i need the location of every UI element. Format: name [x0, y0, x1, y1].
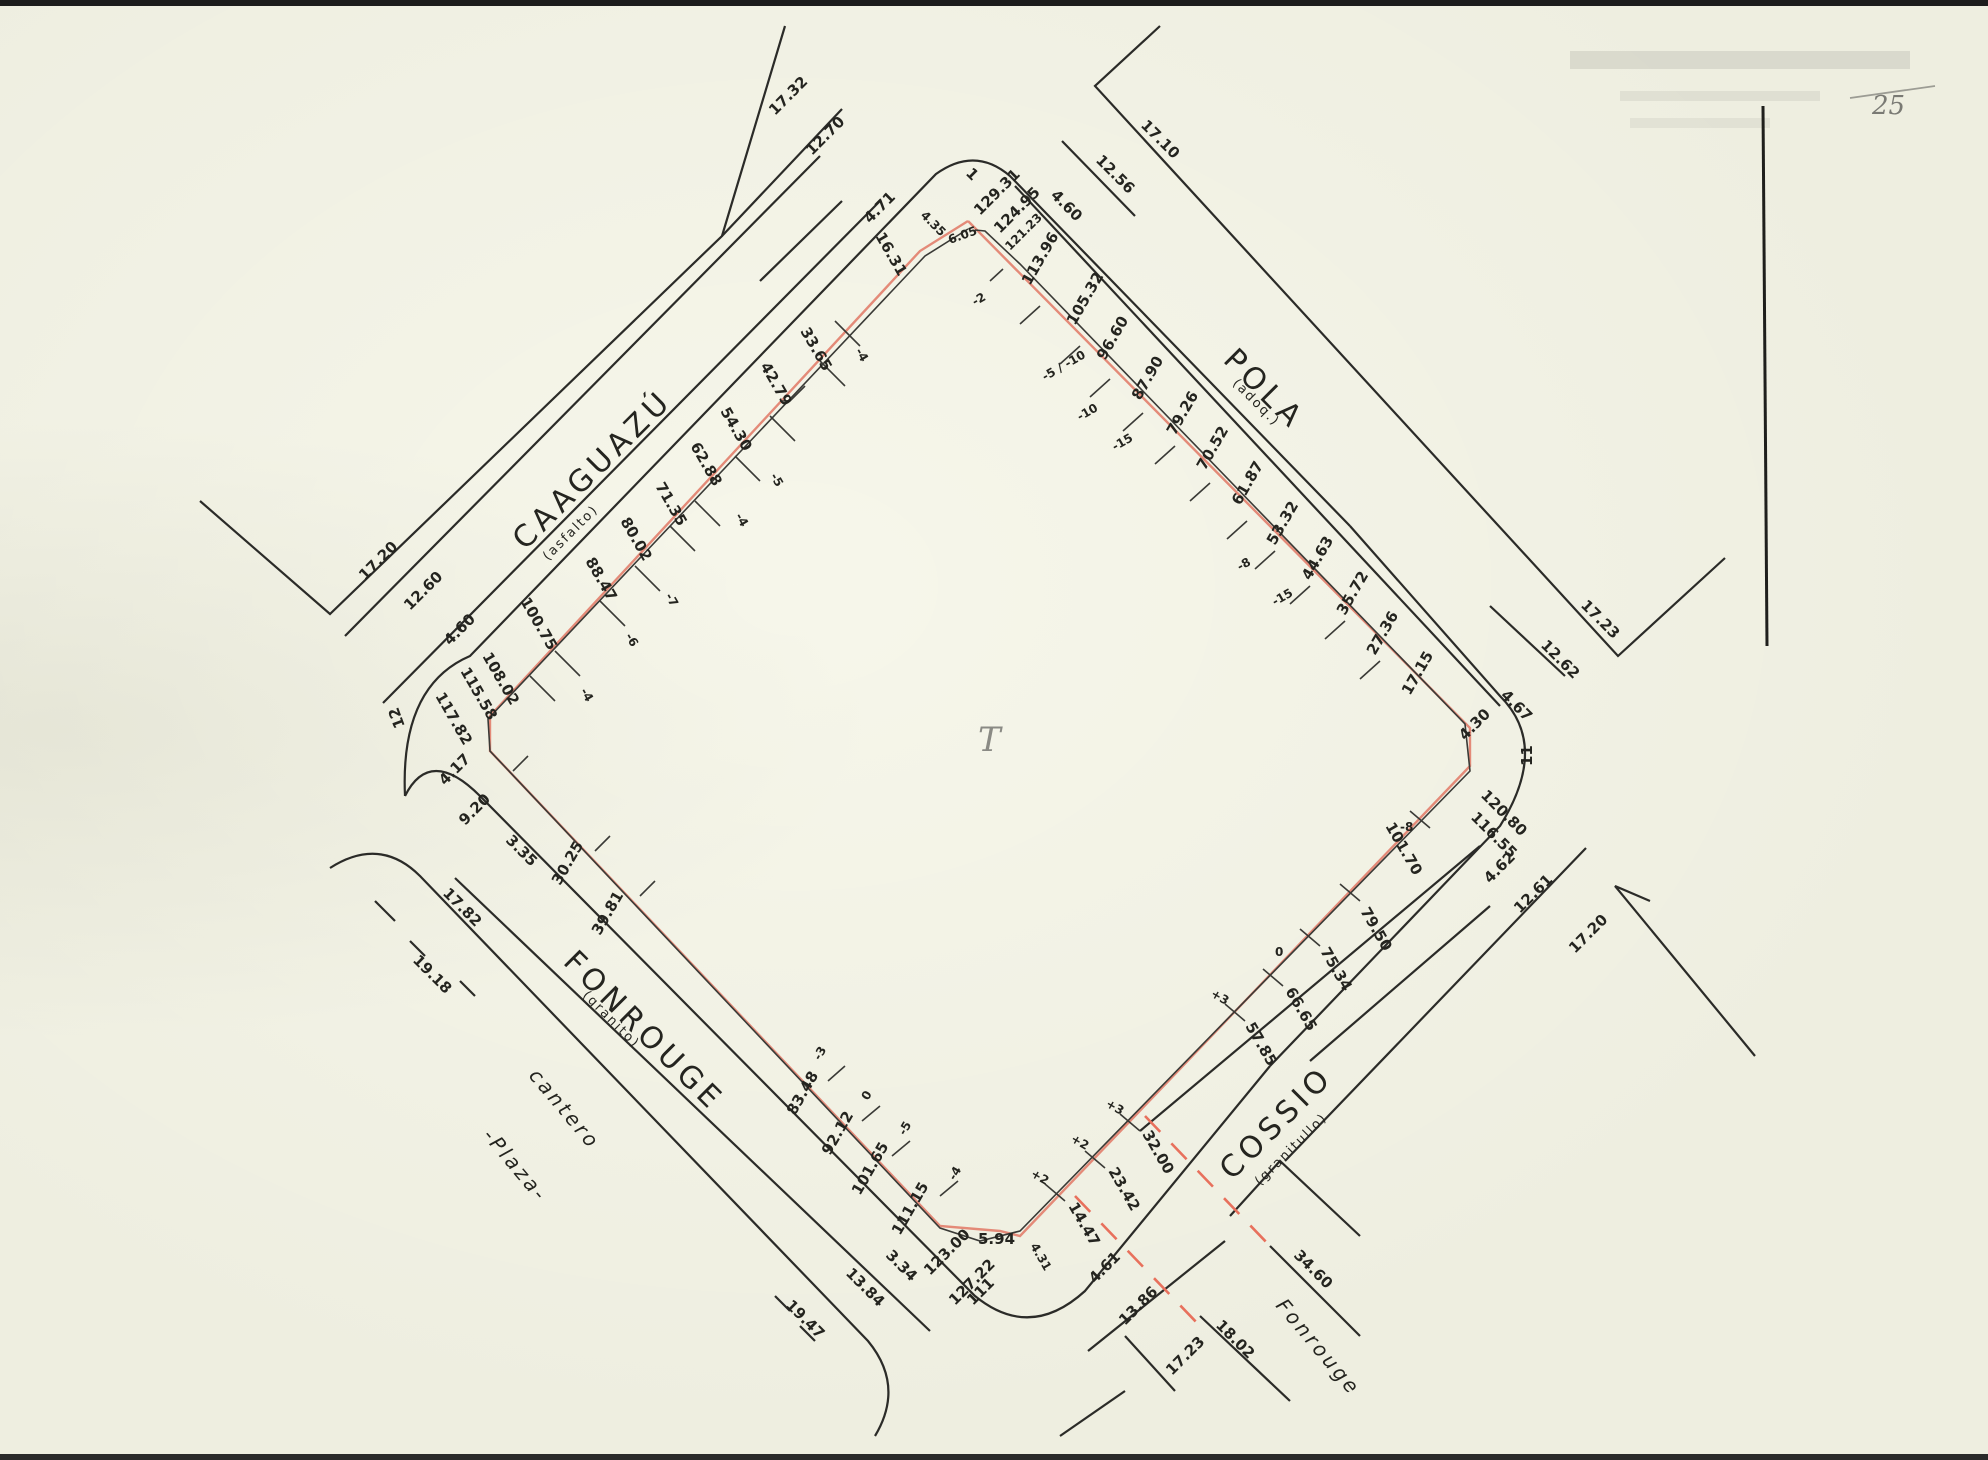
svg-text:-15: -15 — [1110, 431, 1136, 454]
svg-text:17.23: 17.23 — [1162, 1333, 1208, 1379]
svg-text:19.18: 19.18 — [409, 951, 455, 997]
svg-text:54.30: 54.30 — [717, 404, 756, 454]
profile-fonrouge: 30.25 39.81 83.48 92.12 101.65 111.15 -3… — [548, 838, 964, 1238]
svg-text:4.30: 4.30 — [1455, 705, 1494, 744]
svg-text:4.60: 4.60 — [440, 610, 479, 649]
svg-text:66.65: 66.65 — [1282, 984, 1321, 1034]
sheet-number: 25 — [1871, 91, 1905, 121]
svg-text:-4: -4 — [852, 346, 871, 365]
margin-line — [1763, 106, 1767, 646]
svg-text:12.56: 12.56 — [1092, 151, 1138, 197]
corner-id-north: 1 — [962, 164, 982, 184]
svg-text:17.20: 17.20 — [1565, 911, 1611, 957]
svg-text:57.85: 57.85 — [1242, 1019, 1281, 1069]
svg-text:14.47: 14.47 — [1065, 1199, 1104, 1249]
svg-text:+3: +3 — [1209, 986, 1232, 1007]
west-corner-values: 117.82 115.58 108.02 4.17 9.20 — [432, 649, 524, 829]
svg-text:79.50: 79.50 — [1357, 904, 1396, 954]
svg-text:105.32: 105.32 — [1063, 269, 1108, 328]
svg-text:9.20: 9.20 — [455, 790, 494, 829]
svg-text:39.81: 39.81 — [588, 888, 627, 938]
plaza-label: -Plaza- — [478, 1124, 553, 1207]
svg-text:+3: +3 — [1104, 1096, 1127, 1117]
cantero-label: cantero — [524, 1064, 605, 1154]
svg-text:0: 0 — [1275, 945, 1283, 959]
svg-text:34.60: 34.60 — [1290, 1246, 1336, 1292]
svg-text:100.75: 100.75 — [517, 594, 562, 653]
svg-text:-5: -5 — [895, 1119, 914, 1138]
svg-text:79.26: 79.26 — [1163, 388, 1202, 438]
svg-text:17.82: 17.82 — [439, 884, 485, 930]
svg-text:13.84: 13.84 — [842, 1264, 888, 1310]
svg-text:3.35: 3.35 — [502, 831, 541, 870]
street-name-fonrouge: FONROUGE — [556, 944, 731, 1119]
svg-text:4.17: 4.17 — [435, 750, 474, 789]
svg-text:17.32: 17.32 — [765, 73, 811, 119]
profile-pola: 113.96 105.32 96.60 87.90 79.26 70.52 61… — [970, 229, 1438, 698]
svg-text:-7: -7 — [662, 591, 681, 610]
svg-text:-3: -3 — [810, 1044, 829, 1063]
svg-text:-5: -5 — [767, 471, 786, 490]
svg-text:-5 / -10: -5 / -10 — [1040, 348, 1088, 384]
svg-text:83.48: 83.48 — [783, 1068, 822, 1118]
svg-text:80.02: 80.02 — [617, 514, 656, 564]
cossio-widths: 12.61 17.20 4.62 4.61 34.60 13.86 17.23 … — [1085, 848, 1611, 1379]
svg-text:12.70: 12.70 — [802, 113, 848, 159]
svg-text:-10: -10 — [1075, 401, 1101, 424]
svg-text:-15: -15 — [1270, 586, 1296, 609]
corner-id-west: 12 — [385, 705, 409, 731]
svg-text:4.71: 4.71 — [860, 188, 899, 227]
svg-text:-4: -4 — [732, 511, 751, 530]
svg-text:-6: -6 — [622, 631, 641, 650]
svg-text:+2: +2 — [1069, 1131, 1092, 1152]
svg-text:0: 0 — [858, 1088, 874, 1102]
svg-text:117.82: 117.82 — [432, 689, 477, 748]
svg-text:5.94: 5.94 — [978, 1230, 1015, 1248]
map-canvas: 25 — [0, 6, 1988, 1460]
svg-text:17.20: 17.20 — [355, 538, 401, 584]
svg-text:16.31: 16.31 — [872, 229, 911, 279]
svg-text:23.42: 23.42 — [1105, 1164, 1144, 1214]
svg-text:-8: -8 — [1400, 820, 1413, 834]
survey-map-sheet: 25 — [0, 0, 1988, 1460]
cossio-street-lines — [405, 771, 1755, 1436]
svg-text:6.05: 6.05 — [946, 224, 979, 247]
svg-text:42.79: 42.79 — [757, 359, 796, 409]
svg-text:-2: -2 — [970, 290, 989, 309]
street-name-pola: POLA — [1216, 342, 1311, 437]
svg-text:62.88: 62.88 — [687, 439, 726, 489]
svg-text:19.47: 19.47 — [782, 1296, 828, 1342]
svg-text:87.90: 87.90 — [1128, 353, 1167, 403]
svg-text:4.35: 4.35 — [918, 208, 949, 239]
svg-text:-4: -4 — [945, 1164, 964, 1183]
svg-text:96.60: 96.60 — [1093, 313, 1132, 363]
svg-text:-4: -4 — [577, 686, 596, 705]
svg-text:123.00: 123.00 — [920, 1225, 974, 1279]
block-number: T — [978, 720, 1003, 760]
svg-text:3.34: 3.34 — [882, 1246, 921, 1285]
corner-id-east: 11 — [1518, 745, 1536, 766]
svg-text:30.25: 30.25 — [548, 838, 587, 888]
svg-text:88.47: 88.47 — [582, 554, 621, 604]
svg-text:32.00: 32.00 — [1139, 1127, 1178, 1177]
svg-text:-8: -8 — [1235, 555, 1254, 574]
svg-text:75.34: 75.34 — [1317, 944, 1356, 994]
faded-stamp: 25 — [1570, 51, 1935, 128]
svg-text:4.31: 4.31 — [1027, 1241, 1054, 1274]
svg-text:13.86: 13.86 — [1115, 1283, 1161, 1329]
svg-text:12.61: 12.61 — [1510, 871, 1556, 917]
svg-text:53.32: 53.32 — [1263, 498, 1302, 548]
profile-cossio: 101.70 79.50 75.34 66.65 57.85 32.00 23.… — [1029, 819, 1427, 1249]
svg-text:61.87: 61.87 — [1228, 458, 1267, 508]
svg-text:12.62: 12.62 — [1537, 636, 1583, 682]
svg-text:4.61: 4.61 — [1085, 1248, 1124, 1287]
svg-text:18.02: 18.02 — [1212, 1316, 1258, 1362]
svg-text:+2: +2 — [1029, 1166, 1052, 1187]
street-name-fonrouge-continuation: Fonrouge — [1271, 1294, 1366, 1400]
svg-text:27.36: 27.36 — [1363, 608, 1402, 658]
